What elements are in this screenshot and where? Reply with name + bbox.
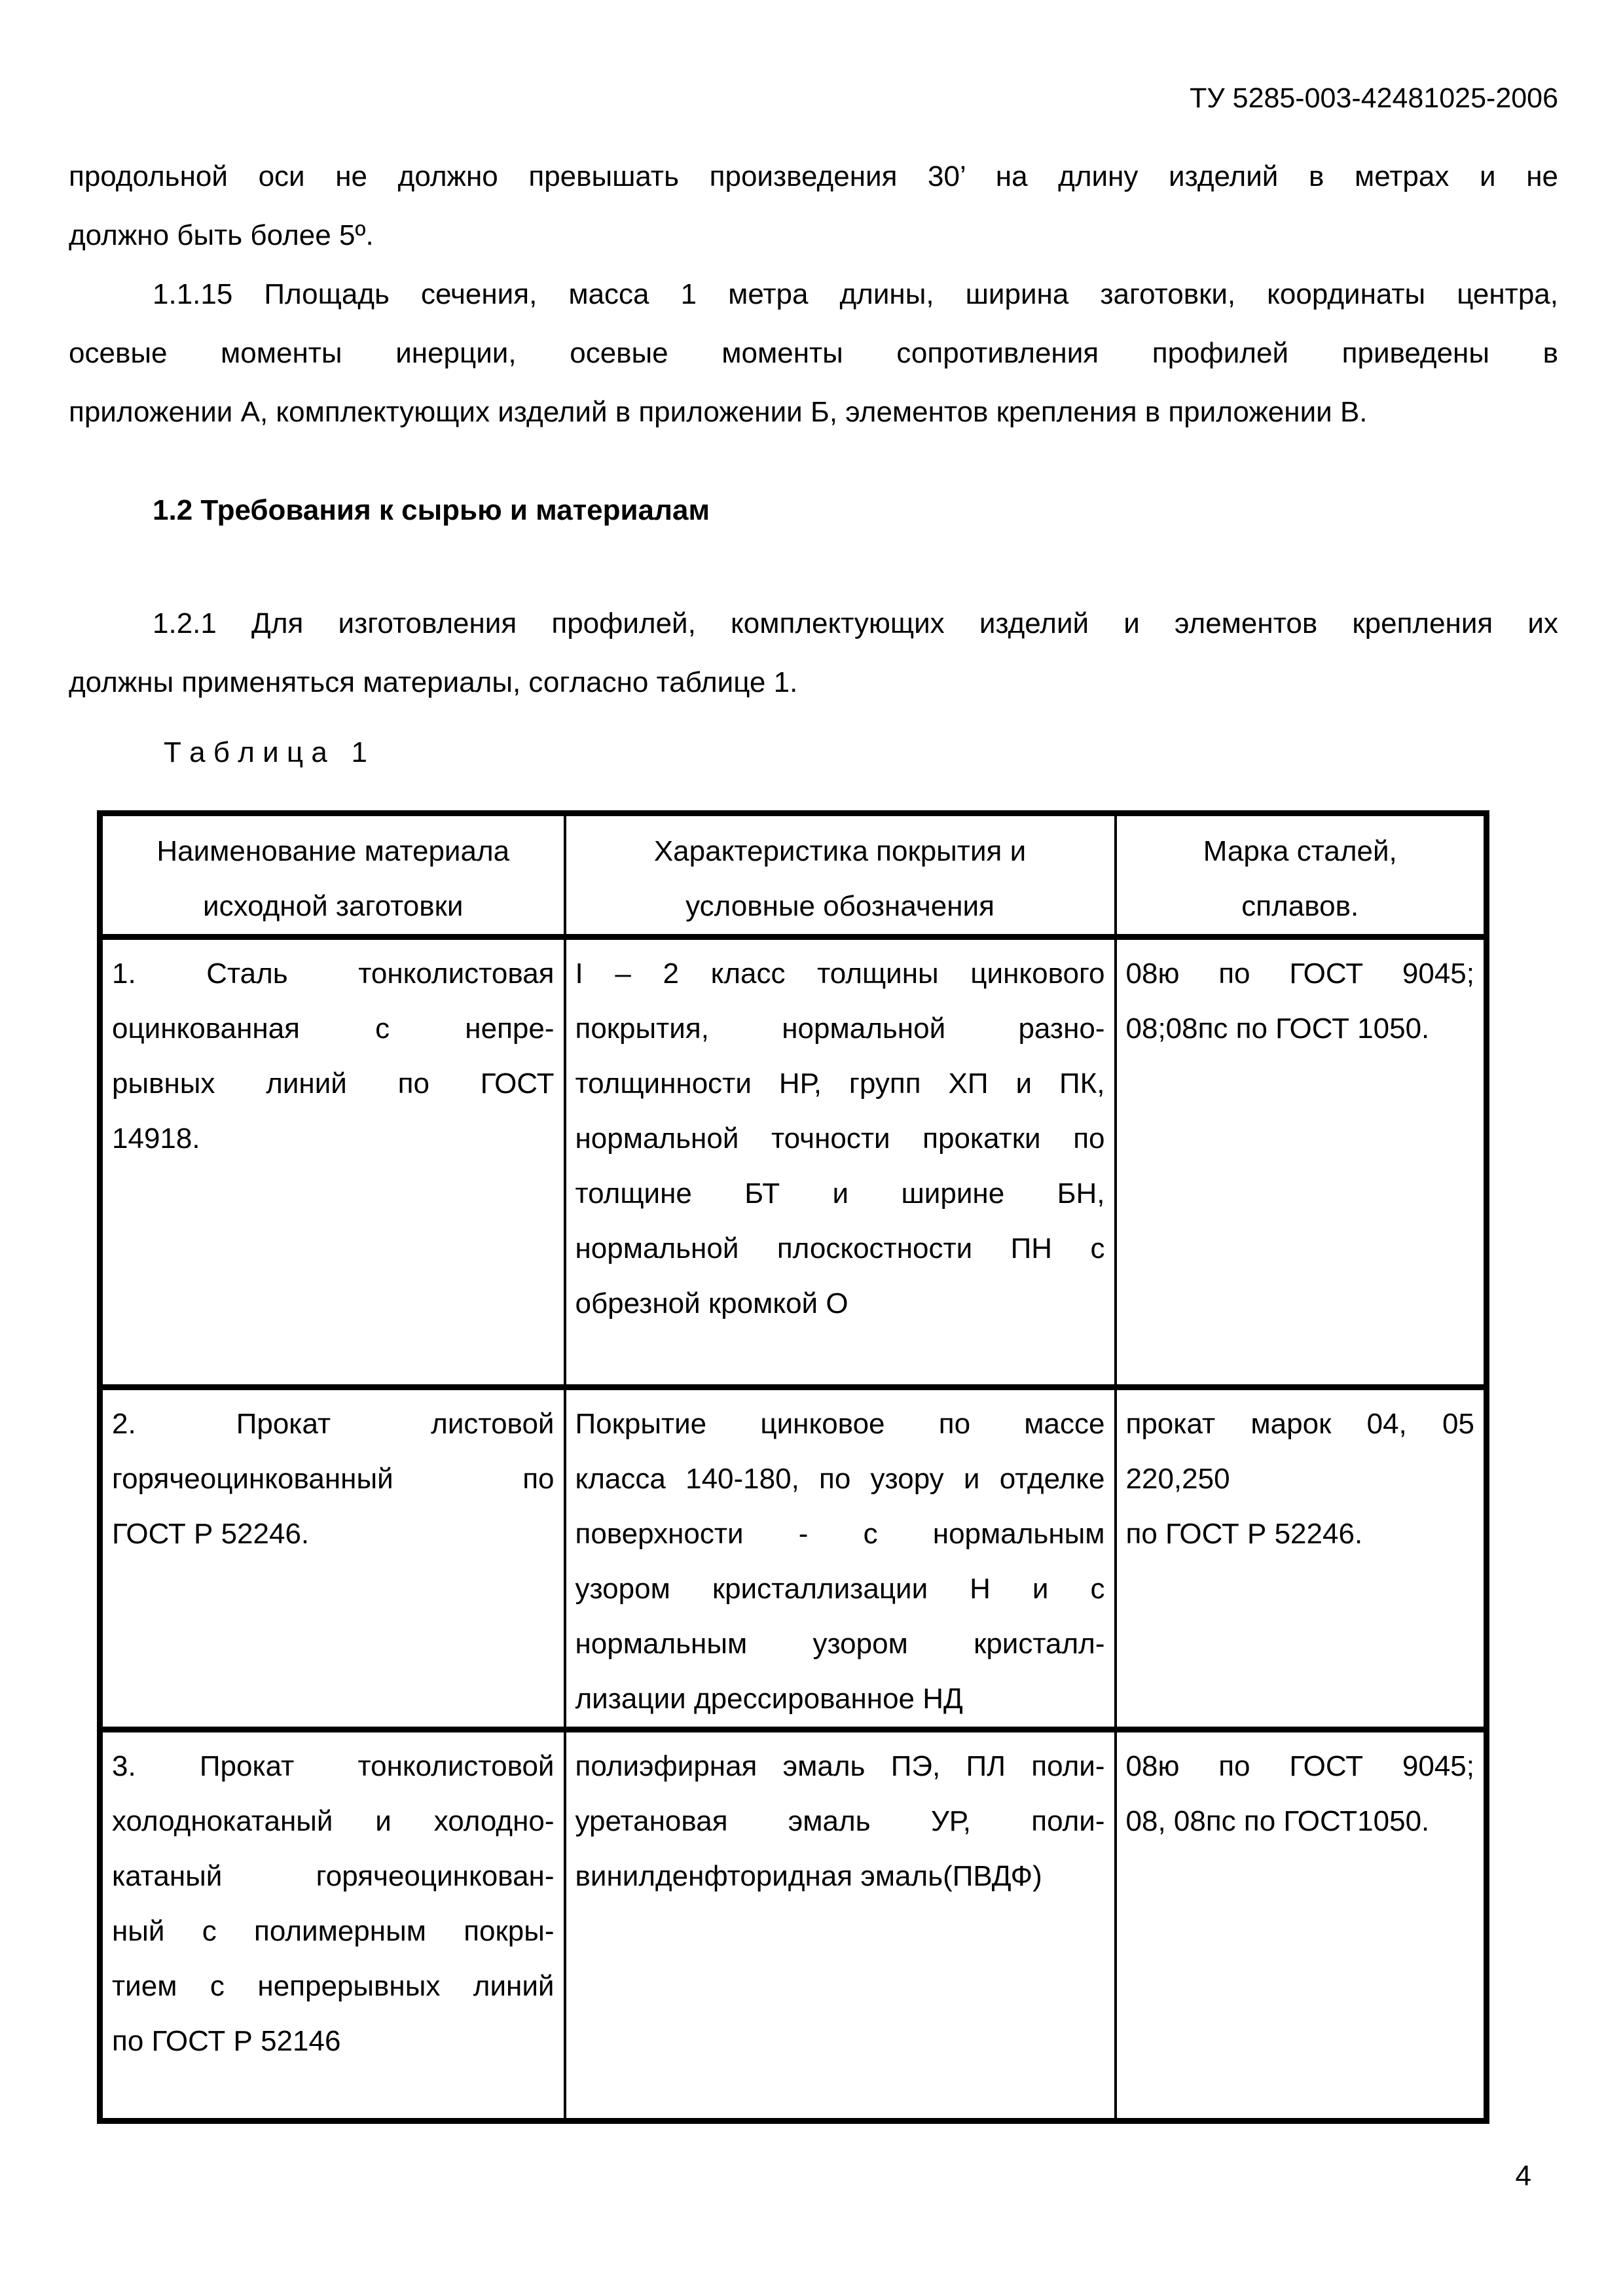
doc-code: ТУ 5285-003-42481025-2006 (69, 82, 1558, 115)
cell-row3-grade: 08ю по ГОСТ 9045;08, 08пс по ГОСТ1050. (1116, 1730, 1487, 2121)
cell-row2-grade: прокат марок 04, 05220,250по ГОСТ Р 5224… (1116, 1388, 1487, 1730)
table-row-1: 1. Сталь тонколистоваяоцинкованная с неп… (100, 937, 1487, 1388)
document-page: ТУ 5285-003-42481025-2006 продольной оси… (0, 0, 1623, 2296)
table-row-3: 3. Прокат тонколистовойхолоднокатаный и … (100, 1730, 1487, 2121)
cell-row3-coating: полиэфирная эмаль ПЭ, ПЛ поли-уретановая… (565, 1730, 1116, 2121)
header-material-name: Наименование материалаисходной заготовки (100, 814, 565, 937)
page-number: 4 (1516, 2160, 1531, 2193)
table-row-2: 2. Прокат листовойгорячеоцинкованный поГ… (100, 1388, 1487, 1730)
cell-row2-coating: Покрытие цинковое по массекласса 140-180… (565, 1388, 1116, 1730)
table-label: Т а б л и ц а 1 (69, 723, 1558, 782)
cell-row1-coating: I – 2 класс толщины цинковогопокрытия, н… (565, 937, 1116, 1388)
paragraph-1-2-1: 1.2.1 Для изготовления профилей, комплек… (69, 594, 1558, 712)
paragraph-1-1-15: 1.1.15 Площадь сечения, масса 1 метра дл… (69, 265, 1558, 442)
cell-row3-material: 3. Прокат тонколистовойхолоднокатаный и … (100, 1730, 565, 2121)
header-coating-characteristic: Характеристика покрытия иусловные обозна… (565, 814, 1116, 937)
cell-row1-material: 1. Сталь тонколистоваяоцинкованная с неп… (100, 937, 565, 1388)
cell-row2-material: 2. Прокат листовойгорячеоцинкованный поГ… (100, 1388, 565, 1730)
table-header-row: Наименование материалаисходной заготовки… (100, 814, 1487, 937)
paragraph-axis-deviation: продольной оси не должно превышать произ… (69, 147, 1558, 265)
section-heading-1-2: 1.2 Требования к сырью и материалам (69, 481, 1558, 540)
cell-row1-grade: 08ю по ГОСТ 9045;08;08пс по ГОСТ 1050. (1116, 937, 1487, 1388)
header-steel-grade: Марка сталей,сплавов. (1116, 814, 1487, 937)
materials-table: Наименование материалаисходной заготовки… (97, 810, 1489, 2124)
